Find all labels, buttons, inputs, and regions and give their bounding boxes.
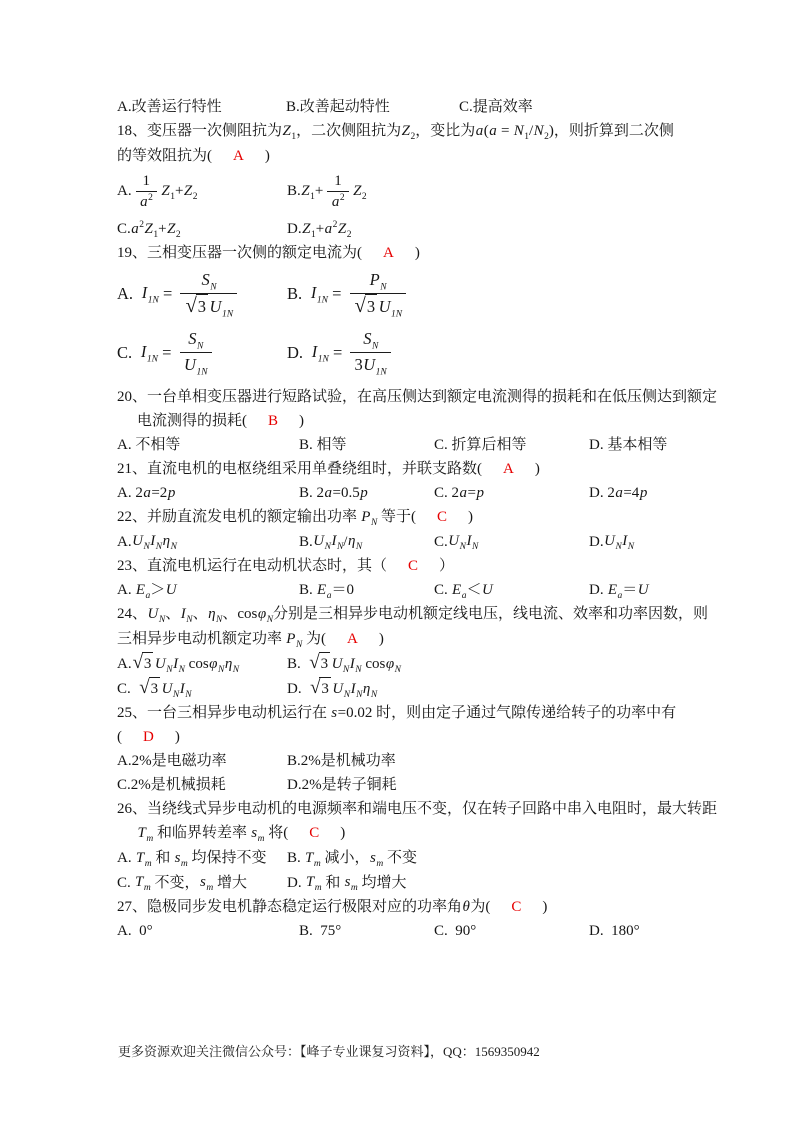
answer-letter: C xyxy=(511,899,521,915)
text-run: = xyxy=(497,123,513,139)
text-run: D. xyxy=(287,218,302,240)
text-run: B. 相等 xyxy=(299,434,347,456)
math-var: p xyxy=(476,482,485,504)
math-var: a xyxy=(143,482,152,504)
text-run: =0.02 时，则由定子通过气隙传递给转子的功率中有 xyxy=(338,705,676,721)
text-run: 、 xyxy=(165,606,180,622)
options-row: A. 不相等B. 相等C. 折算后相等D. 基本相等 xyxy=(117,434,697,456)
option-cell: A. 2a=2p xyxy=(117,482,299,504)
question-stem: 18、变压器一次侧阻抗为Z1，二次侧阻抗为Z2，变比为a(a = N1/N2)，… xyxy=(117,120,697,143)
math-var: PN xyxy=(369,268,386,293)
text-run: B. xyxy=(287,180,301,202)
option-cell: C.a2Z1+Z2 xyxy=(117,218,287,241)
text-run: 和 xyxy=(152,847,175,869)
text-run: ) xyxy=(175,729,180,745)
math-var: UN xyxy=(147,606,165,622)
math-var: U xyxy=(637,579,649,601)
text-run: C. xyxy=(434,531,448,553)
math-var: Tm xyxy=(305,847,321,870)
math-var: sm xyxy=(251,825,265,841)
question-stem: 三相异步电动机额定功率 PN 为(A) xyxy=(117,628,697,651)
options-row: A. Tm 和 sm 均保持不变B. Tm 减小，sm 不变 xyxy=(117,847,697,870)
option-cell: A. I1N = SN√3U1N xyxy=(117,268,287,319)
text-run: cos xyxy=(185,653,209,675)
options-row: A.UNINηNB.UNIN/ηNC.UNIND.UNIN xyxy=(117,530,697,553)
text-run: B. xyxy=(287,847,305,869)
text-run: A. xyxy=(117,653,132,675)
question-stem: 的等效阻抗为(A) xyxy=(117,145,697,167)
text-run: = xyxy=(158,342,176,364)
text-run: ＝0 xyxy=(331,579,354,601)
option-cell: D. Tm 和 sm 均增大 xyxy=(287,871,697,894)
options-row: A. 0°B. 75°C. 90°D. 180° xyxy=(117,920,697,942)
options-row: C. I1N = SNU1ND. I1N = SN3U1N xyxy=(117,327,697,378)
document-page: A.改善运行特性B.改善起动特性C.提高效率18、变压器一次侧阻抗为Z1，二次侧… xyxy=(0,0,793,1122)
math-fraction: SNU1N xyxy=(180,327,212,378)
math-var: ηN xyxy=(347,530,362,553)
answer-letter: B xyxy=(268,413,278,429)
text-run: B.改善起动特性 xyxy=(286,96,390,118)
question-stem: 24、UN、IN、ηN、cosφN分别是三相异步电动机额定线电压，线电流、效率和… xyxy=(117,603,697,626)
math-var: Z2 xyxy=(167,218,181,241)
text-run: D. 2 xyxy=(589,482,615,504)
question-stem: 19、三相变压器一次侧的额定电流为(A) xyxy=(117,242,697,264)
text-run: ) xyxy=(379,631,384,647)
math-var: UN xyxy=(132,530,150,553)
math-var: UN xyxy=(161,678,179,701)
text-run: 21、直流电机的电枢绕组采用单叠绕组时，并联支路数( xyxy=(117,461,482,477)
math-var: IN xyxy=(173,653,185,676)
options-row: C. √3UNIND. √3UNINηN xyxy=(117,677,697,700)
math-var: Z1 xyxy=(301,180,315,203)
options-row: A. I1N = SN√3U1NB. I1N = PN√3U1N xyxy=(117,268,697,319)
question-stem: 21、直流电机的电枢绕组采用单叠绕组时，并联支路数(A) xyxy=(117,458,697,480)
math-var: φN xyxy=(209,653,225,676)
option-cell: A.改善运行特性 xyxy=(117,96,286,118)
option-cell: C. Tm 不变，sm 增大 xyxy=(117,871,287,894)
option-cell: B.2%是机械功率 xyxy=(287,750,697,772)
text-run: D. xyxy=(589,579,607,601)
option-cell: D. 180° xyxy=(589,920,697,942)
math-var: SN xyxy=(188,327,204,352)
text-run: D. xyxy=(287,678,309,700)
math-var: UN xyxy=(313,530,331,553)
option-cell: A.2%是电磁功率 xyxy=(117,750,287,772)
math-var: Ea xyxy=(607,579,622,602)
math-var: a xyxy=(615,482,624,504)
math-var: I1N xyxy=(311,341,329,365)
math-fraction: 1a2 xyxy=(136,171,157,212)
math-var: ηN xyxy=(224,653,239,676)
text-run: D. xyxy=(589,531,604,553)
text-run: C. xyxy=(117,678,138,700)
math-var: Z2 xyxy=(401,123,415,139)
math-var: φN xyxy=(257,606,273,622)
math-var: SN xyxy=(363,327,379,352)
text-run: )，则折算到二次侧 xyxy=(549,123,674,139)
text-run: + xyxy=(175,180,183,202)
math-var: U1N xyxy=(209,295,233,320)
options-row: A.2%是电磁功率B.2%是机械功率 xyxy=(117,750,697,772)
math-var: a2 xyxy=(331,192,344,212)
math-var: U1N xyxy=(378,295,402,320)
option-cell: B.Z1+1a2Z2 xyxy=(287,171,697,212)
text-run: ＜ xyxy=(466,579,481,601)
question-stem: (D) xyxy=(117,726,697,748)
text-run: 1 xyxy=(142,171,150,191)
text-run: 3 xyxy=(321,656,329,672)
text-run: A. xyxy=(117,180,132,202)
text-run: 三相异步电动机额定功率 xyxy=(117,631,286,647)
page-footer: 更多资源欢迎关注微信公众号：【峰子专业课复习资料】，QQ：1569350942 xyxy=(118,1041,540,1060)
answer-letter: A xyxy=(347,631,358,647)
text-run: ) xyxy=(468,509,473,525)
text-run: 3 xyxy=(367,297,375,316)
text-run: D. 180° xyxy=(589,920,640,942)
option-cell: D.2%是转子铜耗 xyxy=(287,774,697,796)
text-run: C.提高效率 xyxy=(459,96,533,118)
math-var: U xyxy=(165,579,177,601)
question-stem: 27、隐极同步发电机静态稳定运行极限对应的功率角θ为(C) xyxy=(117,896,697,918)
math-var: Z1 xyxy=(282,123,296,139)
option-cell: D. Ea＝U xyxy=(589,579,697,602)
text-run: 为( xyxy=(470,899,490,915)
math-var: p xyxy=(639,482,648,504)
options-row: A.√3UNIN cosφNηNB. √3UNIN cosφN xyxy=(117,652,697,675)
math-var: U1N xyxy=(184,353,208,378)
math-var: sm xyxy=(344,871,358,894)
options-row: A. 2a=2pB. 2a=0.5pC. 2a=pD. 2a=4p xyxy=(117,482,697,504)
text-run: A.改善运行特性 xyxy=(117,96,222,118)
math-var: Z2 xyxy=(337,218,351,241)
text-run: A. xyxy=(117,531,132,553)
text-run: =4 xyxy=(623,482,639,504)
question-stem: 23、直流电机运行在电动机状态时，其（C） xyxy=(117,555,697,577)
math-var: a2 xyxy=(131,218,144,240)
math-var: PN xyxy=(361,509,378,525)
math-sqrt-radical: √3 xyxy=(139,677,160,700)
math-var: UN xyxy=(604,530,622,553)
math-var: Z2 xyxy=(183,180,197,203)
option-cell: B. Tm 减小，sm 不变 xyxy=(287,847,697,870)
text-run: 25、一台三相异步电动机运行在 xyxy=(117,705,331,721)
text-run: 不变， xyxy=(151,872,200,894)
text-run: 和临界转差率 xyxy=(153,825,251,841)
math-var: IN xyxy=(179,678,191,701)
option-cell: B. √3UNIN cosφN xyxy=(287,652,697,675)
option-cell: C. 90° xyxy=(434,920,589,942)
text-run: ，变比为 xyxy=(415,123,475,139)
text-run: 的等效阻抗为( xyxy=(117,148,212,164)
option-cell: D. 2a=4p xyxy=(589,482,697,504)
option-cell: B.UNIN/ηN xyxy=(299,530,434,553)
text-run: C. 90° xyxy=(434,920,476,942)
math-var: a xyxy=(475,123,484,139)
text-run: 26、当绕线式异步电动机的电源频率和端电压不变，仅在转子回路中串入电阻时，最大转… xyxy=(117,801,717,817)
text-run: 增大 xyxy=(213,872,247,894)
option-cell: A. Tm 和 sm 均保持不变 xyxy=(117,847,287,870)
math-var: I1N xyxy=(140,341,158,365)
math-var: IN xyxy=(150,530,162,553)
math-var: sm xyxy=(174,847,188,870)
text-run: A.2%是电磁功率 xyxy=(117,750,227,772)
text-run: C.2%是机械损耗 xyxy=(117,774,226,796)
math-var: Ea xyxy=(317,579,332,602)
answer-letter: A xyxy=(233,148,244,164)
text-run: D.2%是转子铜耗 xyxy=(287,774,397,796)
option-cell: A.1a2Z1+Z2 xyxy=(117,171,287,212)
math-var: Tm xyxy=(305,871,321,894)
math-sqrt-radical: √3 xyxy=(309,652,330,675)
question-stem: Tm 和临界转差率 sm 将(C) xyxy=(117,822,697,845)
option-cell: D.UNIN xyxy=(589,530,697,553)
option-cell: A.UNINηN xyxy=(117,530,299,553)
math-var: IN xyxy=(331,530,343,553)
math-fraction: SN3U1N xyxy=(350,327,390,378)
math-var: sm xyxy=(370,847,384,870)
math-var: a xyxy=(459,482,468,504)
math-var: U xyxy=(481,579,493,601)
text-run: = xyxy=(468,482,476,504)
answer-letter: C xyxy=(408,558,418,574)
text-run: 3 xyxy=(321,681,329,697)
text-run: ) xyxy=(265,148,270,164)
option-cell: B. 75° xyxy=(299,920,434,942)
option-cell: C.2%是机械损耗 xyxy=(117,774,287,796)
question-stem: 电流测得的损耗(B) xyxy=(117,410,697,432)
option-cell: B. 2a=0.5p xyxy=(299,482,434,504)
text-run: A. xyxy=(117,579,135,601)
answer-letter: D xyxy=(143,729,154,745)
text-run: A. 不相等 xyxy=(117,434,180,456)
math-var: IN xyxy=(622,530,634,553)
text-run: 18、变压器一次侧阻抗为 xyxy=(117,123,282,139)
math-var: N1 xyxy=(513,123,529,139)
option-cell: C. √3UNIN xyxy=(117,677,287,700)
option-cell: C.UNIN xyxy=(434,530,589,553)
text-run: = xyxy=(159,283,177,305)
text-run: C. xyxy=(117,218,131,240)
text-run: 电流测得的损耗( xyxy=(137,413,247,429)
text-run: 均保持不变 xyxy=(188,847,267,869)
text-run: 为( xyxy=(302,631,326,647)
text-run: = xyxy=(328,283,346,305)
text-run: 22、并励直流发电机的额定输出功率 xyxy=(117,509,361,525)
math-var: IN xyxy=(350,678,362,701)
math-var: Tm xyxy=(135,847,151,870)
math-sqrt-radical: √3 xyxy=(185,294,208,318)
text-run: ) xyxy=(340,825,345,841)
math-var: a xyxy=(324,482,333,504)
option-cell: A. 不相等 xyxy=(117,434,299,456)
math-var: UN xyxy=(154,653,172,676)
math-var: Ea xyxy=(452,579,467,602)
text-run: 3 xyxy=(151,681,159,697)
answer-letter: C xyxy=(309,825,319,841)
text-run: 19、三相变压器一次侧的额定电流为( xyxy=(117,245,362,261)
text-run: D. 基本相等 xyxy=(589,434,667,456)
text-run: ，二次侧阻抗为 xyxy=(296,123,401,139)
math-fraction: 1a2 xyxy=(327,171,348,212)
text-run: B. 75° xyxy=(299,920,341,942)
question-stem: 26、当绕线式异步电动机的电源频率和端电压不变，仅在转子回路中串入电阻时，最大转… xyxy=(117,798,697,820)
math-var: I1N xyxy=(310,282,328,306)
option-cell: D. 基本相等 xyxy=(589,434,697,456)
math-var: N2 xyxy=(533,123,549,139)
text-run: + xyxy=(158,218,166,240)
option-cell: C.提高效率 xyxy=(459,96,697,118)
text-run: A. xyxy=(117,847,135,869)
question-stem: 22、并励直流发电机的额定输出功率 PN 等于(C) xyxy=(117,506,697,529)
options-row: C.2%是机械损耗D.2%是转子铜耗 xyxy=(117,774,697,796)
option-cell: C. 折算后相等 xyxy=(434,434,589,456)
text-run: C. xyxy=(434,579,452,601)
text-run: B. xyxy=(299,579,317,601)
text-run: ) xyxy=(535,461,540,477)
text-run: 、 xyxy=(193,606,208,622)
math-var: a xyxy=(489,123,498,139)
math-var: IN xyxy=(466,530,478,553)
math-fraction: SN√3U1N xyxy=(180,268,237,319)
option-cell: B. Ea＝0 xyxy=(299,579,434,602)
text-run: C. xyxy=(117,342,140,364)
text-run: cos xyxy=(362,653,386,675)
math-var: sm xyxy=(200,871,214,894)
options-row: C. Tm 不变，sm 增大D. Tm 和 sm 均增大 xyxy=(117,871,697,894)
text-run: 等于( xyxy=(377,509,416,525)
text-run: B. 2 xyxy=(299,482,324,504)
option-cell: D. I1N = SN3U1N xyxy=(287,327,697,378)
options-row: A. Ea＞UB. Ea＝0C. Ea＜UD. Ea＝U xyxy=(117,579,697,602)
options-row: C.a2Z1+Z2D.Z1+a2Z2 xyxy=(117,218,697,241)
math-var: IN xyxy=(349,653,361,676)
text-run: ( xyxy=(117,729,122,745)
math-var: Z1 xyxy=(161,180,175,203)
text-run: 将( xyxy=(264,825,288,841)
answer-letter: C xyxy=(437,509,447,525)
math-var: ηN xyxy=(362,678,377,701)
text-run: A. xyxy=(117,283,141,305)
option-cell: C. 2a=p xyxy=(434,482,589,504)
text-run: A. 0° xyxy=(117,920,153,942)
question-stem: 20、一台单相变压器进行短路试验，在高压侧达到额定电流测得的损耗和在低压侧达到额… xyxy=(117,386,697,408)
math-var: SN xyxy=(201,268,217,293)
math-var: UN xyxy=(331,653,349,676)
text-run: 和 xyxy=(322,872,345,894)
text-run: ＝ xyxy=(622,579,637,601)
options-row: A.1a2Z1+Z2B.Z1+1a2Z2 xyxy=(117,171,697,212)
question-stem: 25、一台三相异步电动机运行在 s=0.02 时，则由定子通过气隙传递给转子的功… xyxy=(117,702,697,724)
math-var: a2 xyxy=(140,192,153,212)
options-row: A.改善运行特性B.改善起动特性C.提高效率 xyxy=(117,96,697,118)
text-run: D. xyxy=(287,872,305,894)
math-var: Z1 xyxy=(144,218,158,241)
text-run: ) xyxy=(542,899,547,915)
math-sqrt-radical: √3 xyxy=(355,294,378,318)
math-var: Z2 xyxy=(353,180,367,203)
text-run: 分别是三相异步电动机额定线电压，线电流、效率和功率因数，则 xyxy=(273,606,708,622)
math-var: Tm xyxy=(135,871,151,894)
text-run: 不变 xyxy=(383,847,417,869)
text-run: =0.5 xyxy=(333,482,360,504)
math-var: ηN xyxy=(208,606,223,622)
text-run: =2 xyxy=(151,482,167,504)
option-cell: A.√3UNIN cosφNηN xyxy=(117,652,287,675)
option-cell: B. 相等 xyxy=(299,434,434,456)
text-run: 、cos xyxy=(222,606,257,622)
math-fraction: PN√3U1N xyxy=(350,268,407,319)
math-var: I1N xyxy=(141,282,159,306)
text-run: 23、直流电机运行在电动机状态时，其（ xyxy=(117,558,387,574)
option-cell: B.改善起动特性 xyxy=(286,96,459,118)
math-var: p xyxy=(167,482,176,504)
math-sqrt-radical: √3 xyxy=(133,652,154,675)
text-run: 3 xyxy=(354,353,362,376)
text-run: B. xyxy=(299,531,313,553)
option-cell: C. Ea＜U xyxy=(434,579,589,602)
text-run: 1 xyxy=(334,171,342,191)
text-run: ） xyxy=(439,558,454,574)
text-run: B.2%是机械功率 xyxy=(287,750,396,772)
math-var: UN xyxy=(448,530,466,553)
text-run: 20、一台单相变压器进行短路试验，在高压侧达到额定电流测得的损耗和在低压侧达到额… xyxy=(117,389,717,405)
answer-letter: A xyxy=(503,461,514,477)
option-cell: A. 0° xyxy=(117,920,299,942)
math-sqrt-radical: √3 xyxy=(310,677,331,700)
math-var: UN xyxy=(332,678,350,701)
math-var: IN xyxy=(180,606,192,622)
text-run: C. xyxy=(117,872,135,894)
text-run: ) xyxy=(299,413,304,429)
text-run: 3 xyxy=(144,656,152,672)
math-var: a2 xyxy=(324,218,337,240)
text-run: B. xyxy=(287,283,310,305)
text-run: C. 折算后相等 xyxy=(434,434,527,456)
math-var: Tm xyxy=(137,825,153,841)
text-run: C. 2 xyxy=(434,482,459,504)
math-var: ηN xyxy=(162,530,177,553)
math-var: Z1 xyxy=(302,218,316,241)
math-var: s xyxy=(331,705,338,721)
math-var: Ea xyxy=(135,579,150,602)
text-run: 减小， xyxy=(321,847,370,869)
text-run: 27、隐极同步发电机静态稳定运行极限对应的功率角 xyxy=(117,899,462,915)
option-cell: B. I1N = PN√3U1N xyxy=(287,268,697,319)
text-run: 3 xyxy=(198,297,206,316)
option-cell: D. √3UNINηN xyxy=(287,677,697,700)
text-run: + xyxy=(316,218,324,240)
math-var: φN xyxy=(385,653,401,676)
text-run: 24、 xyxy=(117,606,147,622)
exam-content: A.改善运行特性B.改善起动特性C.提高效率18、变压器一次侧阻抗为Z1，二次侧… xyxy=(117,96,697,944)
text-run: A. 2 xyxy=(117,482,143,504)
text-run: = xyxy=(329,342,347,364)
text-run: 均增大 xyxy=(358,872,407,894)
option-cell: C. I1N = SNU1N xyxy=(117,327,287,378)
math-var: PN xyxy=(286,631,303,647)
text-run: D. xyxy=(287,342,311,364)
text-run: ＞ xyxy=(150,579,165,601)
text-run: + xyxy=(315,180,323,202)
text-run: B. xyxy=(287,653,308,675)
text-run: ) xyxy=(415,245,420,261)
option-cell: A. Ea＞U xyxy=(117,579,299,602)
math-var: p xyxy=(360,482,369,504)
answer-letter: A xyxy=(383,245,394,261)
option-cell: D.Z1+a2Z2 xyxy=(287,218,697,241)
math-var: U1N xyxy=(363,353,387,378)
